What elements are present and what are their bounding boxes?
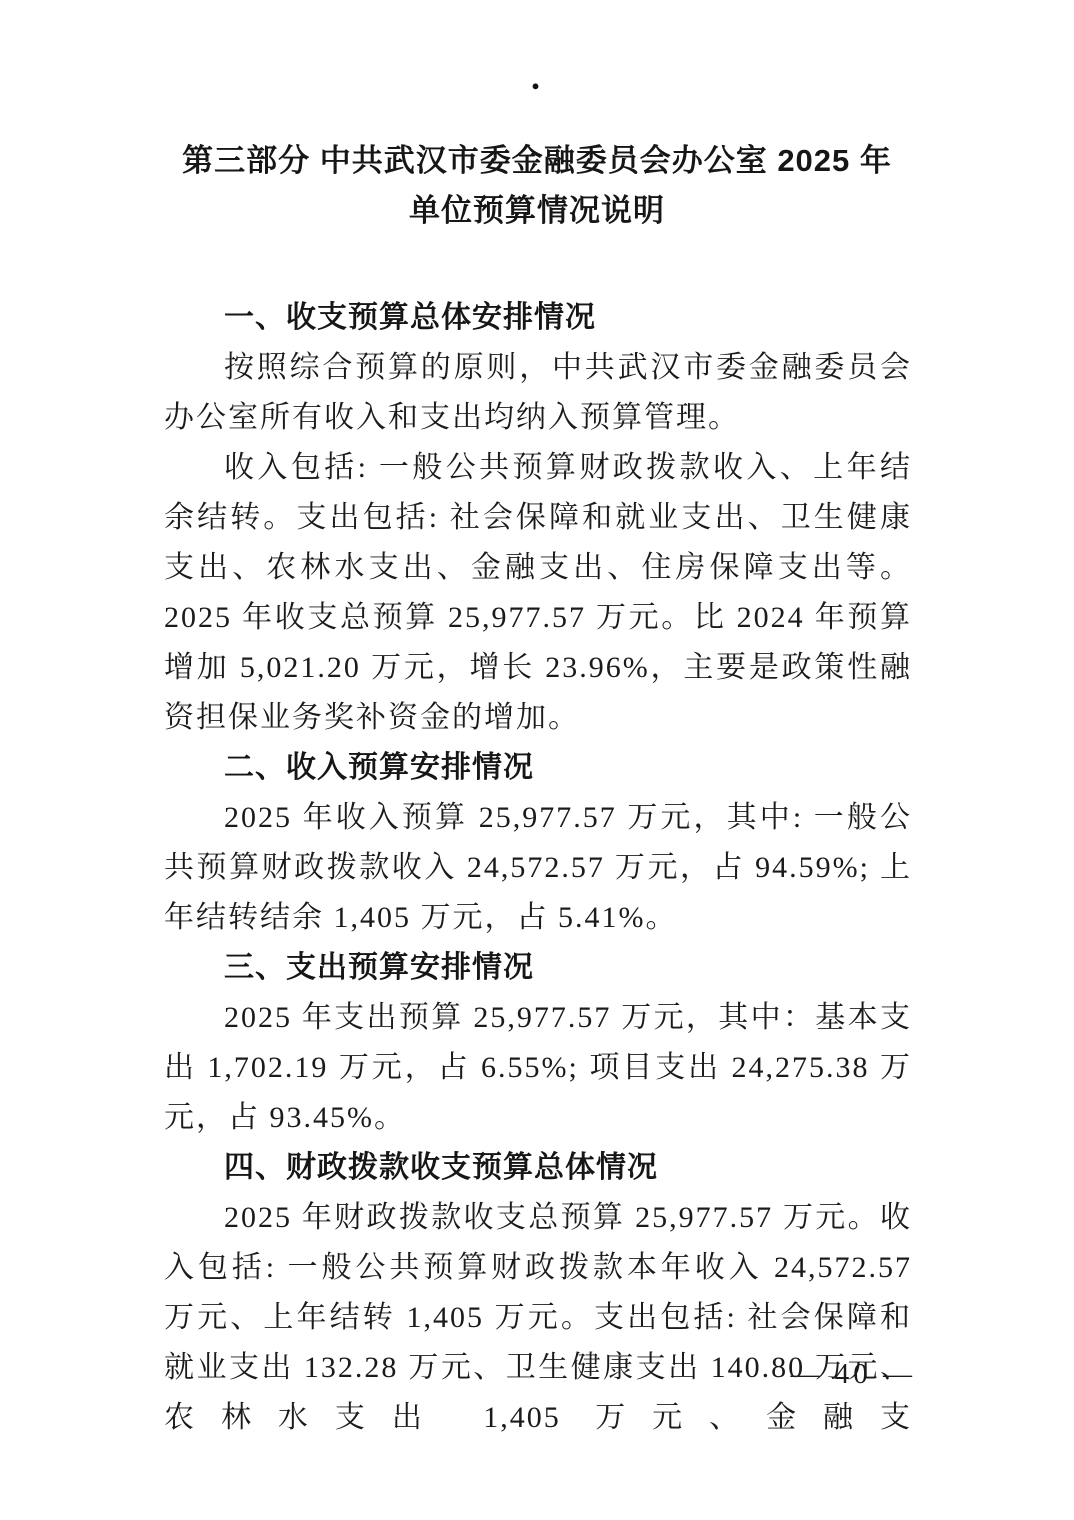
- section-4-paragraph-1: 2025 年财政拨款收支总预算 25,977.57 万元。收入包括: 一般公共预…: [164, 1193, 912, 1443]
- stray-dot: .: [531, 58, 545, 98]
- section-4-heading: 四、财政拨款收支预算总体情况: [164, 1143, 912, 1193]
- section-1-heading: 一、收支预算总体安排情况: [164, 293, 912, 343]
- section-2-heading: 二、收入预算安排情况: [164, 743, 912, 793]
- section-1-paragraph-2: 收入包括: 一般公共预算财政拨款收入、上年结余结转。支出包括: 社会保障和就业支…: [164, 443, 912, 743]
- document-page: . 第三部分 中共武汉市委金融委员会办公室 2025 年 单位预算情况说明 一、…: [0, 0, 1074, 1520]
- page-number: — 40 —: [791, 1352, 917, 1396]
- section-2-paragraph-1: 2025 年收入预算 25,977.57 万元，其中: 一般公共预算财政拨款收入…: [164, 793, 912, 943]
- document-title: 第三部分 中共武汉市委金融委员会办公室 2025 年 单位预算情况说明: [0, 136, 1074, 236]
- section-3-paragraph-1: 2025 年支出预算 25,977.57 万元，其中：基本支出 1,702.19…: [164, 993, 912, 1143]
- section-1-paragraph-1: 按照综合预算的原则，中共武汉市委金融委员会办公室所有收入和支出均纳入预算管理。: [164, 343, 912, 443]
- section-3-heading: 三、支出预算安排情况: [164, 943, 912, 993]
- document-body: 一、收支预算总体安排情况 按照综合预算的原则，中共武汉市委金融委员会办公室所有收…: [164, 293, 912, 1443]
- title-line-2: 单位预算情况说明: [0, 186, 1074, 236]
- title-line-1: 第三部分 中共武汉市委金融委员会办公室 2025 年: [0, 136, 1074, 186]
